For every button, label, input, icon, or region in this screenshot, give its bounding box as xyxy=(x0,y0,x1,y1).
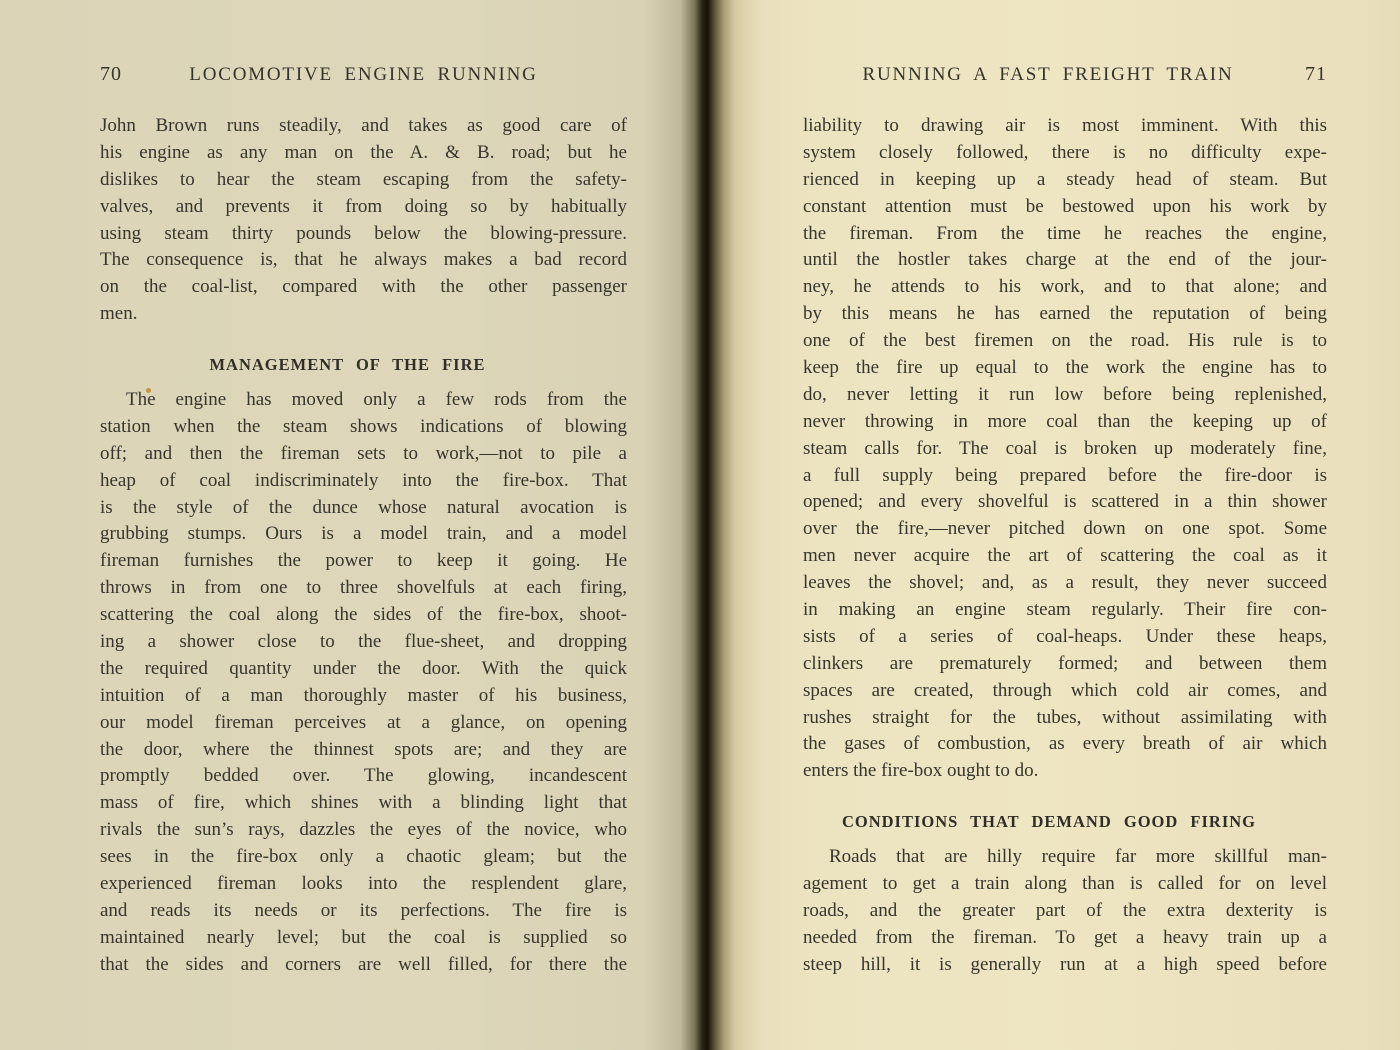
text-line: throws in from one to three shovelfuls a… xyxy=(100,575,627,602)
text-line: the required quantity under the door. Wi… xyxy=(100,656,627,683)
text-line: the gases of combustion, as every breath… xyxy=(803,731,1327,758)
text-line: station when the steam shows indications… xyxy=(100,414,627,441)
text-line: John Brown runs steadily, and takes as g… xyxy=(100,113,627,140)
text-line: the fireman. From the time he reaches th… xyxy=(803,221,1327,248)
text-line: system closely followed, there is no dif… xyxy=(803,140,1327,167)
text-line: agement to get a train along than is cal… xyxy=(803,871,1327,898)
text-line: men. xyxy=(100,301,627,328)
text-line: valves, and prevents it from doing so by… xyxy=(100,194,627,221)
text-line: The consequence is, that he always makes… xyxy=(100,247,627,274)
running-head-title-right: RUNNING A FAST FREIGHT TRAIN xyxy=(863,64,1234,86)
text-line: mass of fire, which shines with a blindi… xyxy=(100,790,627,817)
text-line: is the style of the dunce whose natural … xyxy=(100,495,627,522)
text-line: maintained nearly level; but the coal is… xyxy=(100,925,627,952)
text-line: experienced fireman looks into the respl… xyxy=(100,871,627,898)
text-line: rienced in keeping up a steady head of s… xyxy=(803,167,1327,194)
text-line: on the coal-list, compared with the othe… xyxy=(100,274,627,301)
text-line: fireman furnishes the power to keep it g… xyxy=(100,548,627,575)
text-line: liability to drawing air is most imminen… xyxy=(803,113,1327,140)
text-line: promptly bedded over. The glowing, incan… xyxy=(100,763,627,790)
text-line: never throwing in more coal than the kee… xyxy=(803,409,1327,436)
text-line: heap of coal indiscriminately into the f… xyxy=(100,468,627,495)
text-line: off; and then the fireman sets to work,—… xyxy=(100,441,627,468)
right-page: RUNNING A FAST FREIGHT TRAIN 71 liabilit… xyxy=(700,0,1400,1050)
right-running-head: RUNNING A FAST FREIGHT TRAIN 71 xyxy=(803,63,1327,89)
section-heading: CONDITIONS THAT DEMAND GOOD FIRING xyxy=(787,809,1311,836)
text-line: in making an engine steam regularly. The… xyxy=(803,597,1327,624)
ink-speck xyxy=(146,388,151,393)
text-line: men never acquire the art of scattering … xyxy=(803,543,1327,570)
left-running-head: 70 LOCOMOTIVE ENGINE RUNNING xyxy=(100,63,627,89)
text-line: sists of a series of coal-heaps. Under t… xyxy=(803,624,1327,651)
running-head-title-left: LOCOMOTIVE ENGINE RUNNING xyxy=(189,64,537,86)
text-line: by this means he has earned the reputati… xyxy=(803,301,1327,328)
text-line: until the hostler takes charge at the en… xyxy=(803,247,1327,274)
text-line: do, never letting it run low before bein… xyxy=(803,382,1327,409)
text-line: one of the best firemen on the road. His… xyxy=(803,328,1327,355)
text-line: and reads its needs or its perfections. … xyxy=(100,898,627,925)
text-line: the door, where the thinnest spots are; … xyxy=(100,737,627,764)
section-heading: MANAGEMENT OF THE FIRE xyxy=(84,352,611,379)
text-line: ing a shower close to the flue-sheet, an… xyxy=(100,629,627,656)
page-number-right: 71 xyxy=(1305,63,1327,86)
text-line: constant attention must be bestowed upon… xyxy=(803,194,1327,221)
book-spread: 70 LOCOMOTIVE ENGINE RUNNING John Brown … xyxy=(0,0,1400,1050)
page-number-left: 70 xyxy=(100,63,122,86)
text-line: his engine as any man on the A. & B. roa… xyxy=(100,140,627,167)
text-line: keep the fire up equal to the work the e… xyxy=(803,355,1327,382)
text-line: over the fire,—never pitched down on one… xyxy=(803,516,1327,543)
text-line: rushes straight for the tubes, without a… xyxy=(803,705,1327,732)
text-line: scattering the coal along the sides of t… xyxy=(100,602,627,629)
text-line: leaves the shovel; and, as a result, the… xyxy=(803,570,1327,597)
text-line: using steam thirty pounds below the blow… xyxy=(100,221,627,248)
text-line: steep hill, it is generally run at a hig… xyxy=(803,952,1327,979)
right-text-column: liability to drawing air is most imminen… xyxy=(803,113,1327,979)
text-line: sees in the fire-box only a chaotic glea… xyxy=(100,844,627,871)
text-line: rivals the sun’s rays, dazzles the eyes … xyxy=(100,817,627,844)
text-line: steam calls for. The coal is broken up m… xyxy=(803,436,1327,463)
text-line: clinkers are prematurely formed; and bet… xyxy=(803,651,1327,678)
text-line: that the sides and corners are well fill… xyxy=(100,952,627,979)
text-line: grubbing stumps. Ours is a model train, … xyxy=(100,521,627,548)
text-line: opened; and every shovelful is scattered… xyxy=(803,489,1327,516)
left-page: 70 LOCOMOTIVE ENGINE RUNNING John Brown … xyxy=(0,0,700,1050)
text-line: dislikes to hear the steam escaping from… xyxy=(100,167,627,194)
left-text-column: John Brown runs steadily, and takes as g… xyxy=(100,113,627,979)
text-line: our model fireman perceives at a glance,… xyxy=(100,710,627,737)
text-line: spaces are created, through which cold a… xyxy=(803,678,1327,705)
text-line: Roads that are hilly require far more sk… xyxy=(803,844,1327,871)
text-line: enters the fire-box ought to do. xyxy=(803,758,1327,785)
text-line: intuition of a man thoroughly master of … xyxy=(100,683,627,710)
text-line: The engine has moved only a few rods fro… xyxy=(100,387,627,414)
text-line: a full supply being prepared before the … xyxy=(803,463,1327,490)
text-line: needed from the fireman. To get a heavy … xyxy=(803,925,1327,952)
text-line: roads, and the greater part of the extra… xyxy=(803,898,1327,925)
text-line: ney, he attends to his work, and to that… xyxy=(803,274,1327,301)
